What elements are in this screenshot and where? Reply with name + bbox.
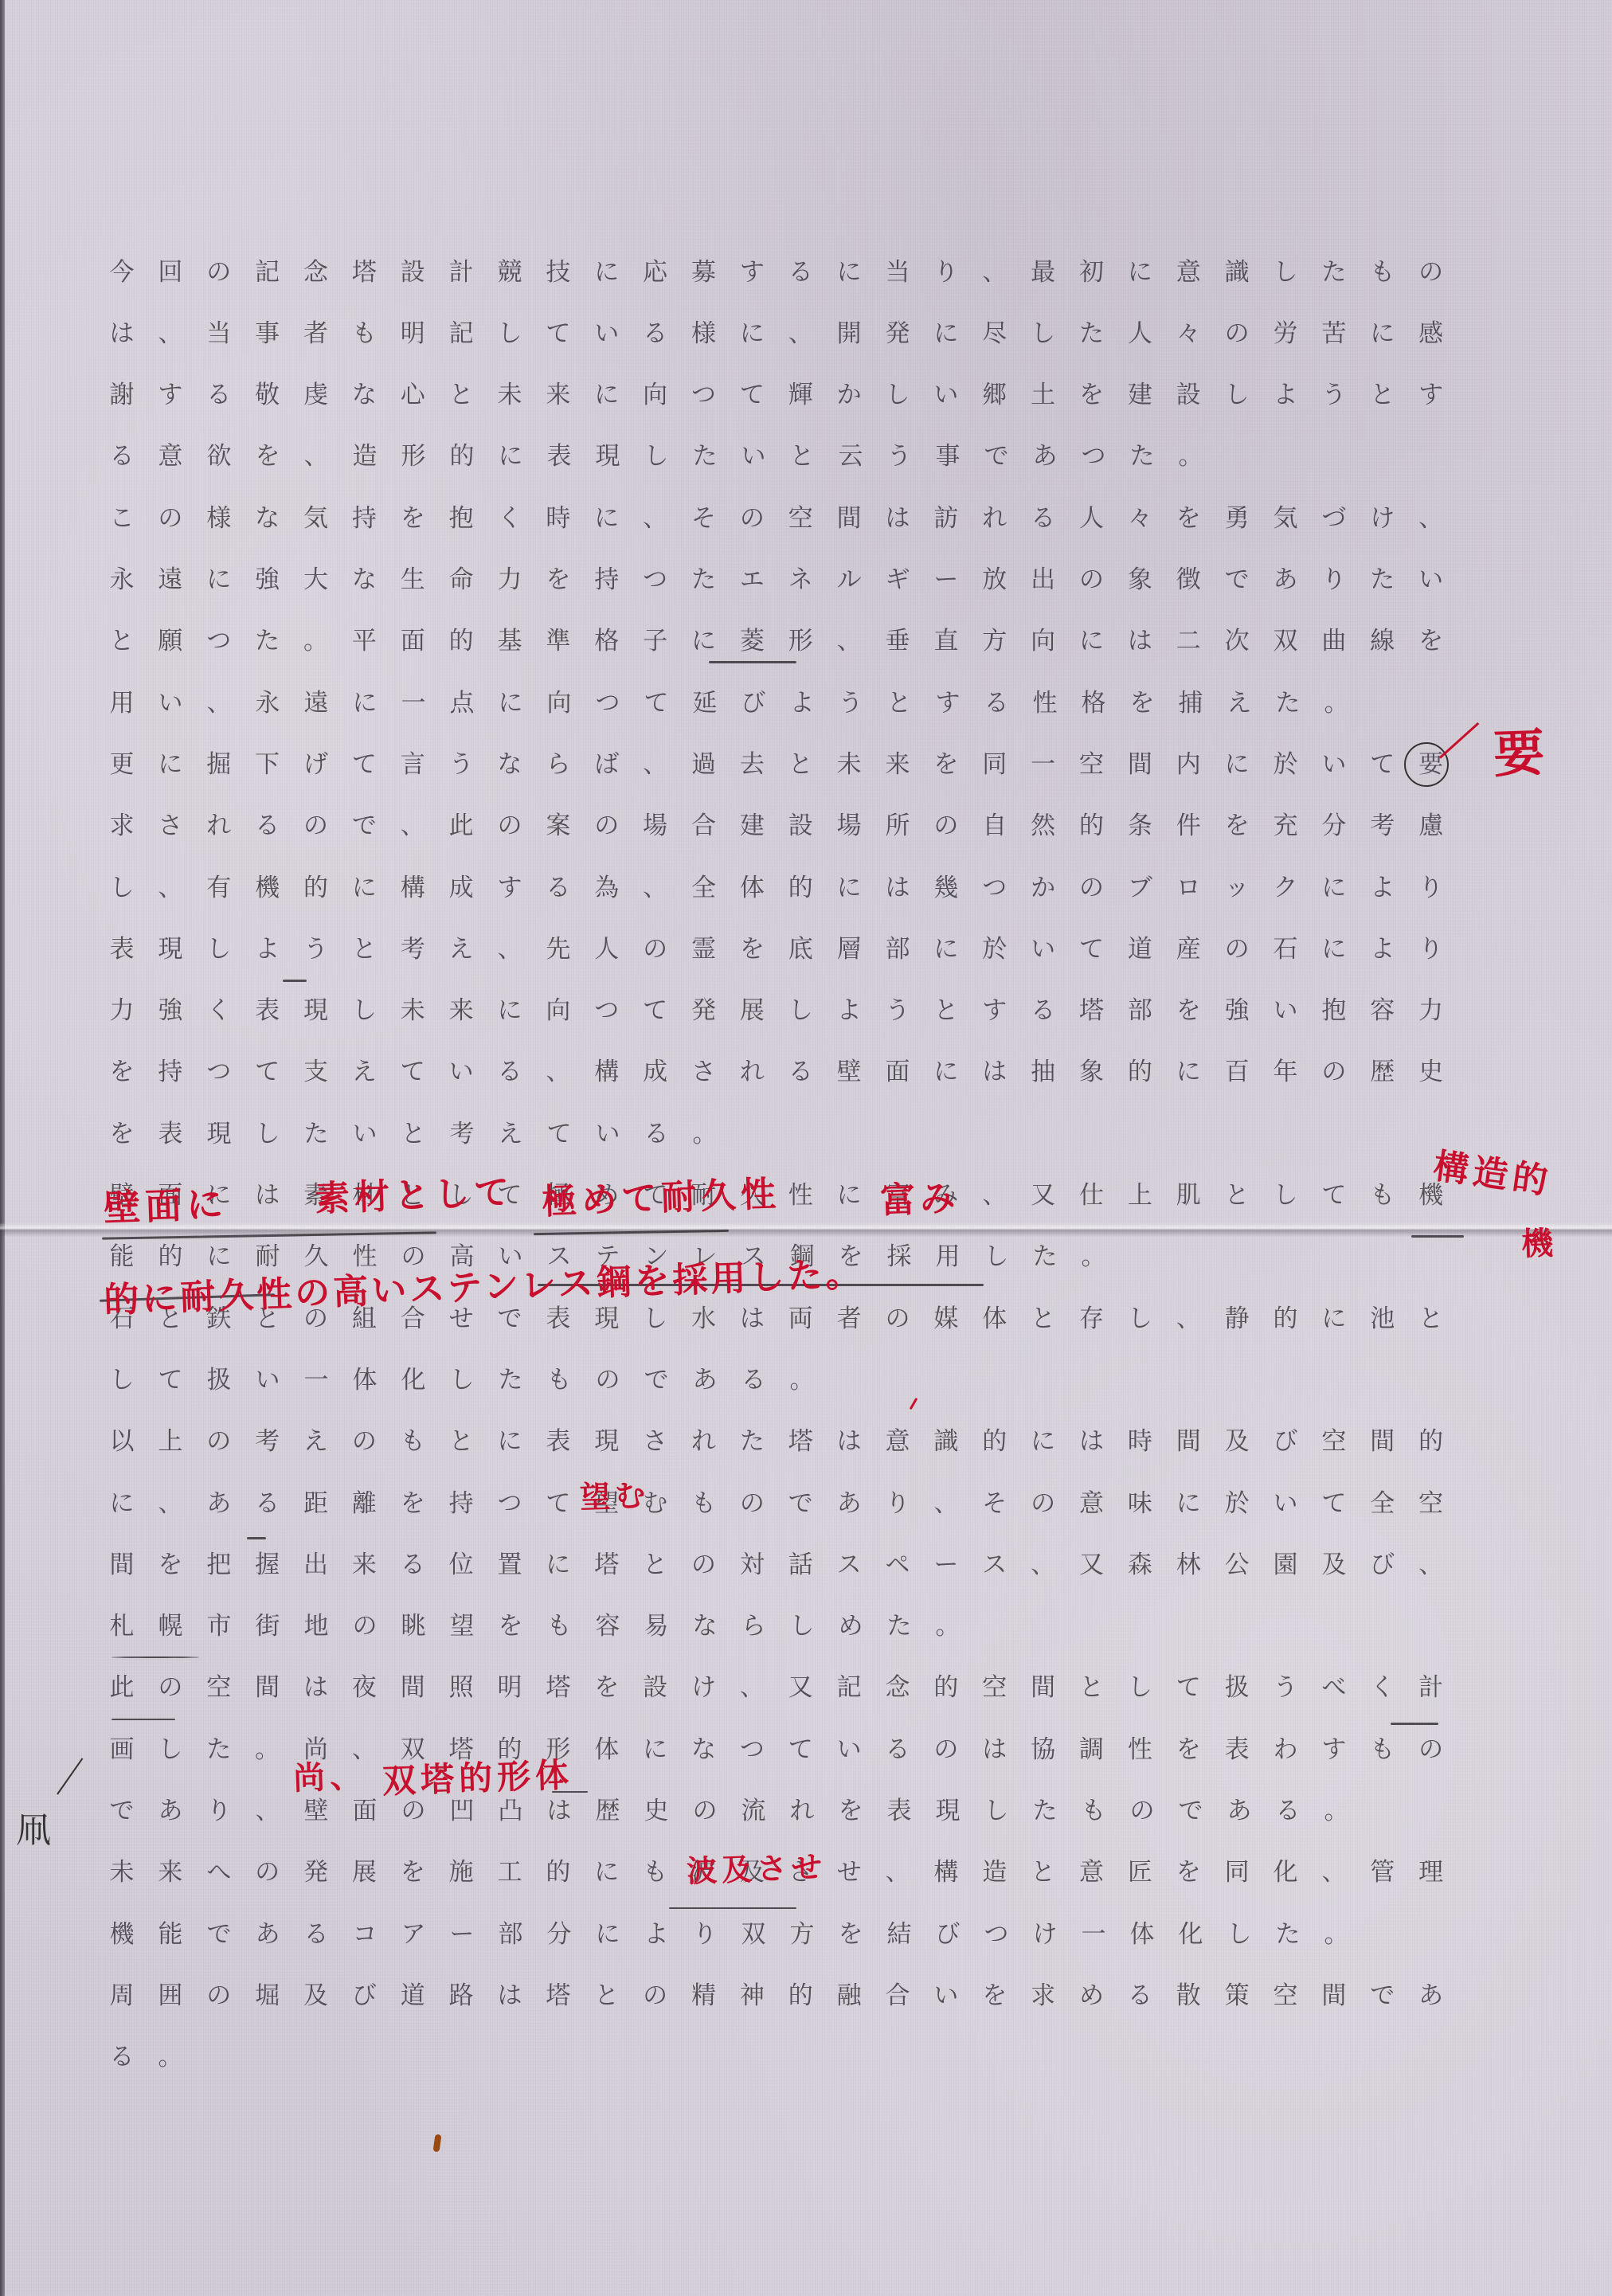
typed-line: 此の空間は夜間照明塔を設け、又記念的空間として扱うべく計	[108, 1661, 1446, 1709]
red-correction-wall-1d: 富み	[879, 1169, 961, 1222]
typed-line: を表現したいと考えている。	[108, 1107, 1446, 1155]
underline-chobo	[112, 1656, 199, 1658]
typed-line: に、ある距離を持つて望むものであり、その意味に於いて全空	[108, 1477, 1446, 1524]
typed-line: 永遠に強大な生命力を持つたエネルギー放出の象徴でありたい	[108, 553, 1446, 601]
red-insert-soutou-keitai: 双塔的形体	[381, 1749, 574, 1803]
red-insert-nao: 尚、	[292, 1750, 367, 1798]
typed-line: 札幌市街地の眺望をも容易ならしめた。	[108, 1600, 1446, 1648]
typed-line: 更に掘下げて言うならば、過去と未来を同一空間内に於いて要	[108, 737, 1446, 785]
typed-line: 機能であるコアー部分により双方を結びつけ一体化した。	[108, 1907, 1446, 1955]
red-margin-note-ki: 機	[1520, 1218, 1559, 1265]
underline-hakyuu	[669, 1907, 796, 1909]
typed-line: を持つて支えている、構成される壁面には抽象的に百年の歴史	[108, 1046, 1446, 1093]
underline-hishigata	[709, 661, 796, 663]
underline-rei	[283, 980, 307, 982]
circled-character-mark	[1404, 742, 1449, 787]
left-margin-pencil-note: 凧	[16, 1801, 51, 1852]
red-correction-wall-1c: 極めて耐久性	[541, 1165, 781, 1224]
typed-line: 以上の考えのもとに表現された塔は意識的には時間及び空間的	[108, 1415, 1446, 1463]
underline-kono	[112, 1719, 175, 1720]
red-correction-wall-1a: 壁面に	[103, 1175, 229, 1231]
typed-line: 謝する敬虔な心と未来に向つて輝かしい郷土を建設しようとす	[108, 369, 1446, 417]
typed-line: は、当事者も明記している様に、開発に尽した人々の労苦に感	[108, 307, 1446, 354]
typed-line: この様な気持を抱く時に、その空間は訪れる人々を勇気づけ、	[108, 491, 1446, 539]
typed-line: 用い、永遠に一点に向つて延びようとする性格を捕えた。	[108, 676, 1446, 724]
underline-ki	[1411, 1235, 1464, 1238]
underline-nozomu	[247, 1537, 266, 1539]
typed-line: と願つた。平面的基準格子に菱形、垂直方向には二次双曲線を	[108, 615, 1446, 663]
typed-line: 周囲の堀及び道路は塔との精神的融合いを求める散策空間であ	[108, 1969, 1446, 2016]
typed-line: 間を把握出来る位置に塔との対話スペース、又森林公園及び、	[108, 1538, 1446, 1586]
red-correction-nozomu: 望む	[579, 1470, 651, 1516]
typed-line: して扱い一体化したものである。	[108, 1353, 1446, 1401]
typed-line: る。	[108, 2031, 1446, 2079]
page-left-edge	[0, 0, 5, 2296]
typed-line: 求されるので、此の案の場合建設場所の自然的条件を充分考慮	[108, 800, 1446, 847]
typed-line: る意欲を、造形的に表現したいと云う事であつた。	[108, 430, 1446, 478]
red-correction-hakyuu: 波及させ	[686, 1842, 828, 1891]
underline-kei	[1391, 1723, 1438, 1725]
typed-line: 力強く表現し未来に向つて発展しようとする塔部を強い抱容力	[108, 984, 1446, 1032]
typed-line: 表現しようと考え、先人の霊を底層部に於いて道産の石により	[108, 922, 1446, 970]
red-correction-youkyu: 要	[1492, 712, 1550, 787]
red-correction-wall-1b: 素材として	[314, 1164, 515, 1222]
typed-line: 今回の記念塔設計競技に応募するに当り、最初に意識したもの	[108, 245, 1446, 293]
typed-line: し、有機的に構成する為、全体的には幾つかのブロックにより	[108, 861, 1446, 909]
